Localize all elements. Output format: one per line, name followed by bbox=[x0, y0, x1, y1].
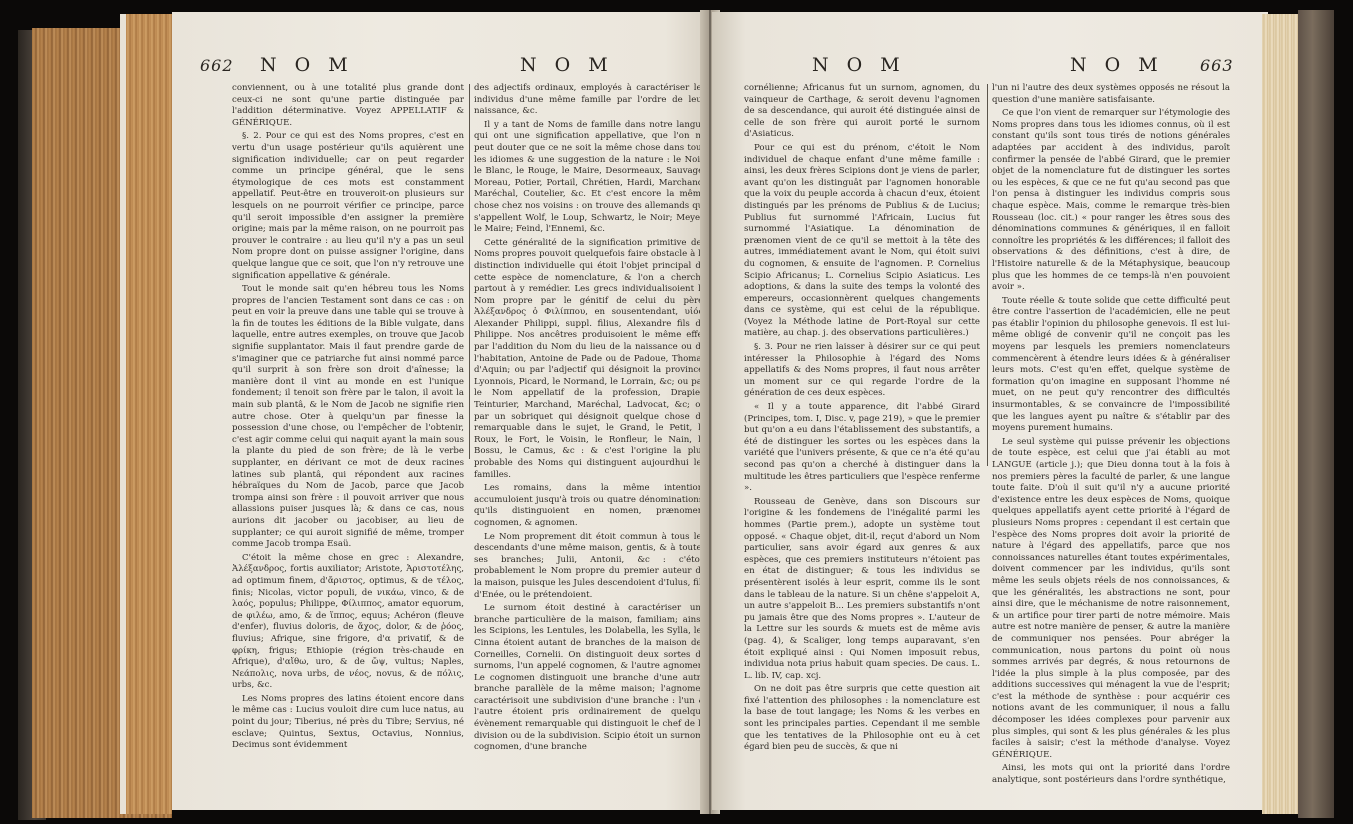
paragraph: l'un ni l'autre des deux systèmes opposé… bbox=[992, 83, 1230, 106]
right-page-column-1: cornélienne; Africanus fut un surnom, ag… bbox=[744, 83, 980, 756]
paragraph: Il y a tant de Noms de famille dans notr… bbox=[474, 120, 706, 236]
left-page-column-2: des adjectifs ordinaux, employés à carac… bbox=[474, 83, 706, 756]
paragraph: §. 2. Pour ce qui est des Noms propres, … bbox=[232, 131, 464, 282]
paragraph: des adjectifs ordinaux, employés à carac… bbox=[474, 83, 706, 118]
paragraph: Les Noms propres des latins étoient enco… bbox=[232, 694, 464, 752]
column-divider bbox=[469, 84, 470, 459]
paragraph: C'étoit la même chose en grec : Alexandr… bbox=[232, 553, 464, 692]
running-head-left-2: N O M bbox=[520, 54, 614, 76]
page-edges-left-inner bbox=[126, 14, 172, 814]
paragraph: Le Nom proprement dit étoit commun à tou… bbox=[474, 532, 706, 602]
paragraph: Le seul système qui puisse prévenir les … bbox=[992, 437, 1230, 762]
right-page: N O M N O M 663 cornélienne; Africanus f… bbox=[712, 12, 1268, 810]
right-page-column-2: l'un ni l'autre des deux systèmes opposé… bbox=[992, 83, 1230, 789]
column-divider bbox=[987, 84, 988, 466]
paragraph: Les romains, dans la même intention, acc… bbox=[474, 483, 706, 529]
running-head-right-2: N O M bbox=[1070, 54, 1164, 76]
page-number-left: 662 bbox=[200, 56, 234, 75]
paragraph: Cette généralité de la signification pri… bbox=[474, 238, 706, 481]
paragraph: cornélienne; Africanus fut un surnom, ag… bbox=[744, 83, 980, 141]
left-page-column-1: conviennent, ou à une totalité plus gran… bbox=[232, 83, 464, 754]
running-head-right-1: N O M bbox=[812, 54, 906, 76]
left-page: 662 N O M N O M conviennent, ou à une to… bbox=[172, 12, 708, 810]
paragraph: Le surnom étoit destiné à caractériser u… bbox=[474, 603, 706, 754]
paragraph: §. 3. Pour ne rien laisser à désirer sur… bbox=[744, 342, 980, 400]
paragraph: Tout le monde sait qu'en hébreu tous les… bbox=[232, 284, 464, 551]
paragraph: Toute réelle & toute solide que cette di… bbox=[992, 296, 1230, 435]
running-head-left-1: N O M bbox=[260, 54, 354, 76]
paragraph: On ne doit pas être surpris que cette qu… bbox=[744, 684, 980, 754]
paragraph: Rousseau de Genève, dans son Discours su… bbox=[744, 497, 980, 683]
paragraph: conviennent, ou à une totalité plus gran… bbox=[232, 83, 464, 129]
paragraph: « Il y a toute apparence, dit l'abbé Gir… bbox=[744, 402, 980, 495]
book-cover-right bbox=[1298, 10, 1334, 818]
page-number-right: 663 bbox=[1200, 56, 1234, 75]
paragraph: Pour ce qui est du prénom, c'étoit le No… bbox=[744, 143, 980, 340]
paragraph: Ce que l'on vient de remarquer sur l'éty… bbox=[992, 108, 1230, 294]
paragraph: Ainsi, les mots qui ont la priorité dans… bbox=[992, 763, 1230, 786]
